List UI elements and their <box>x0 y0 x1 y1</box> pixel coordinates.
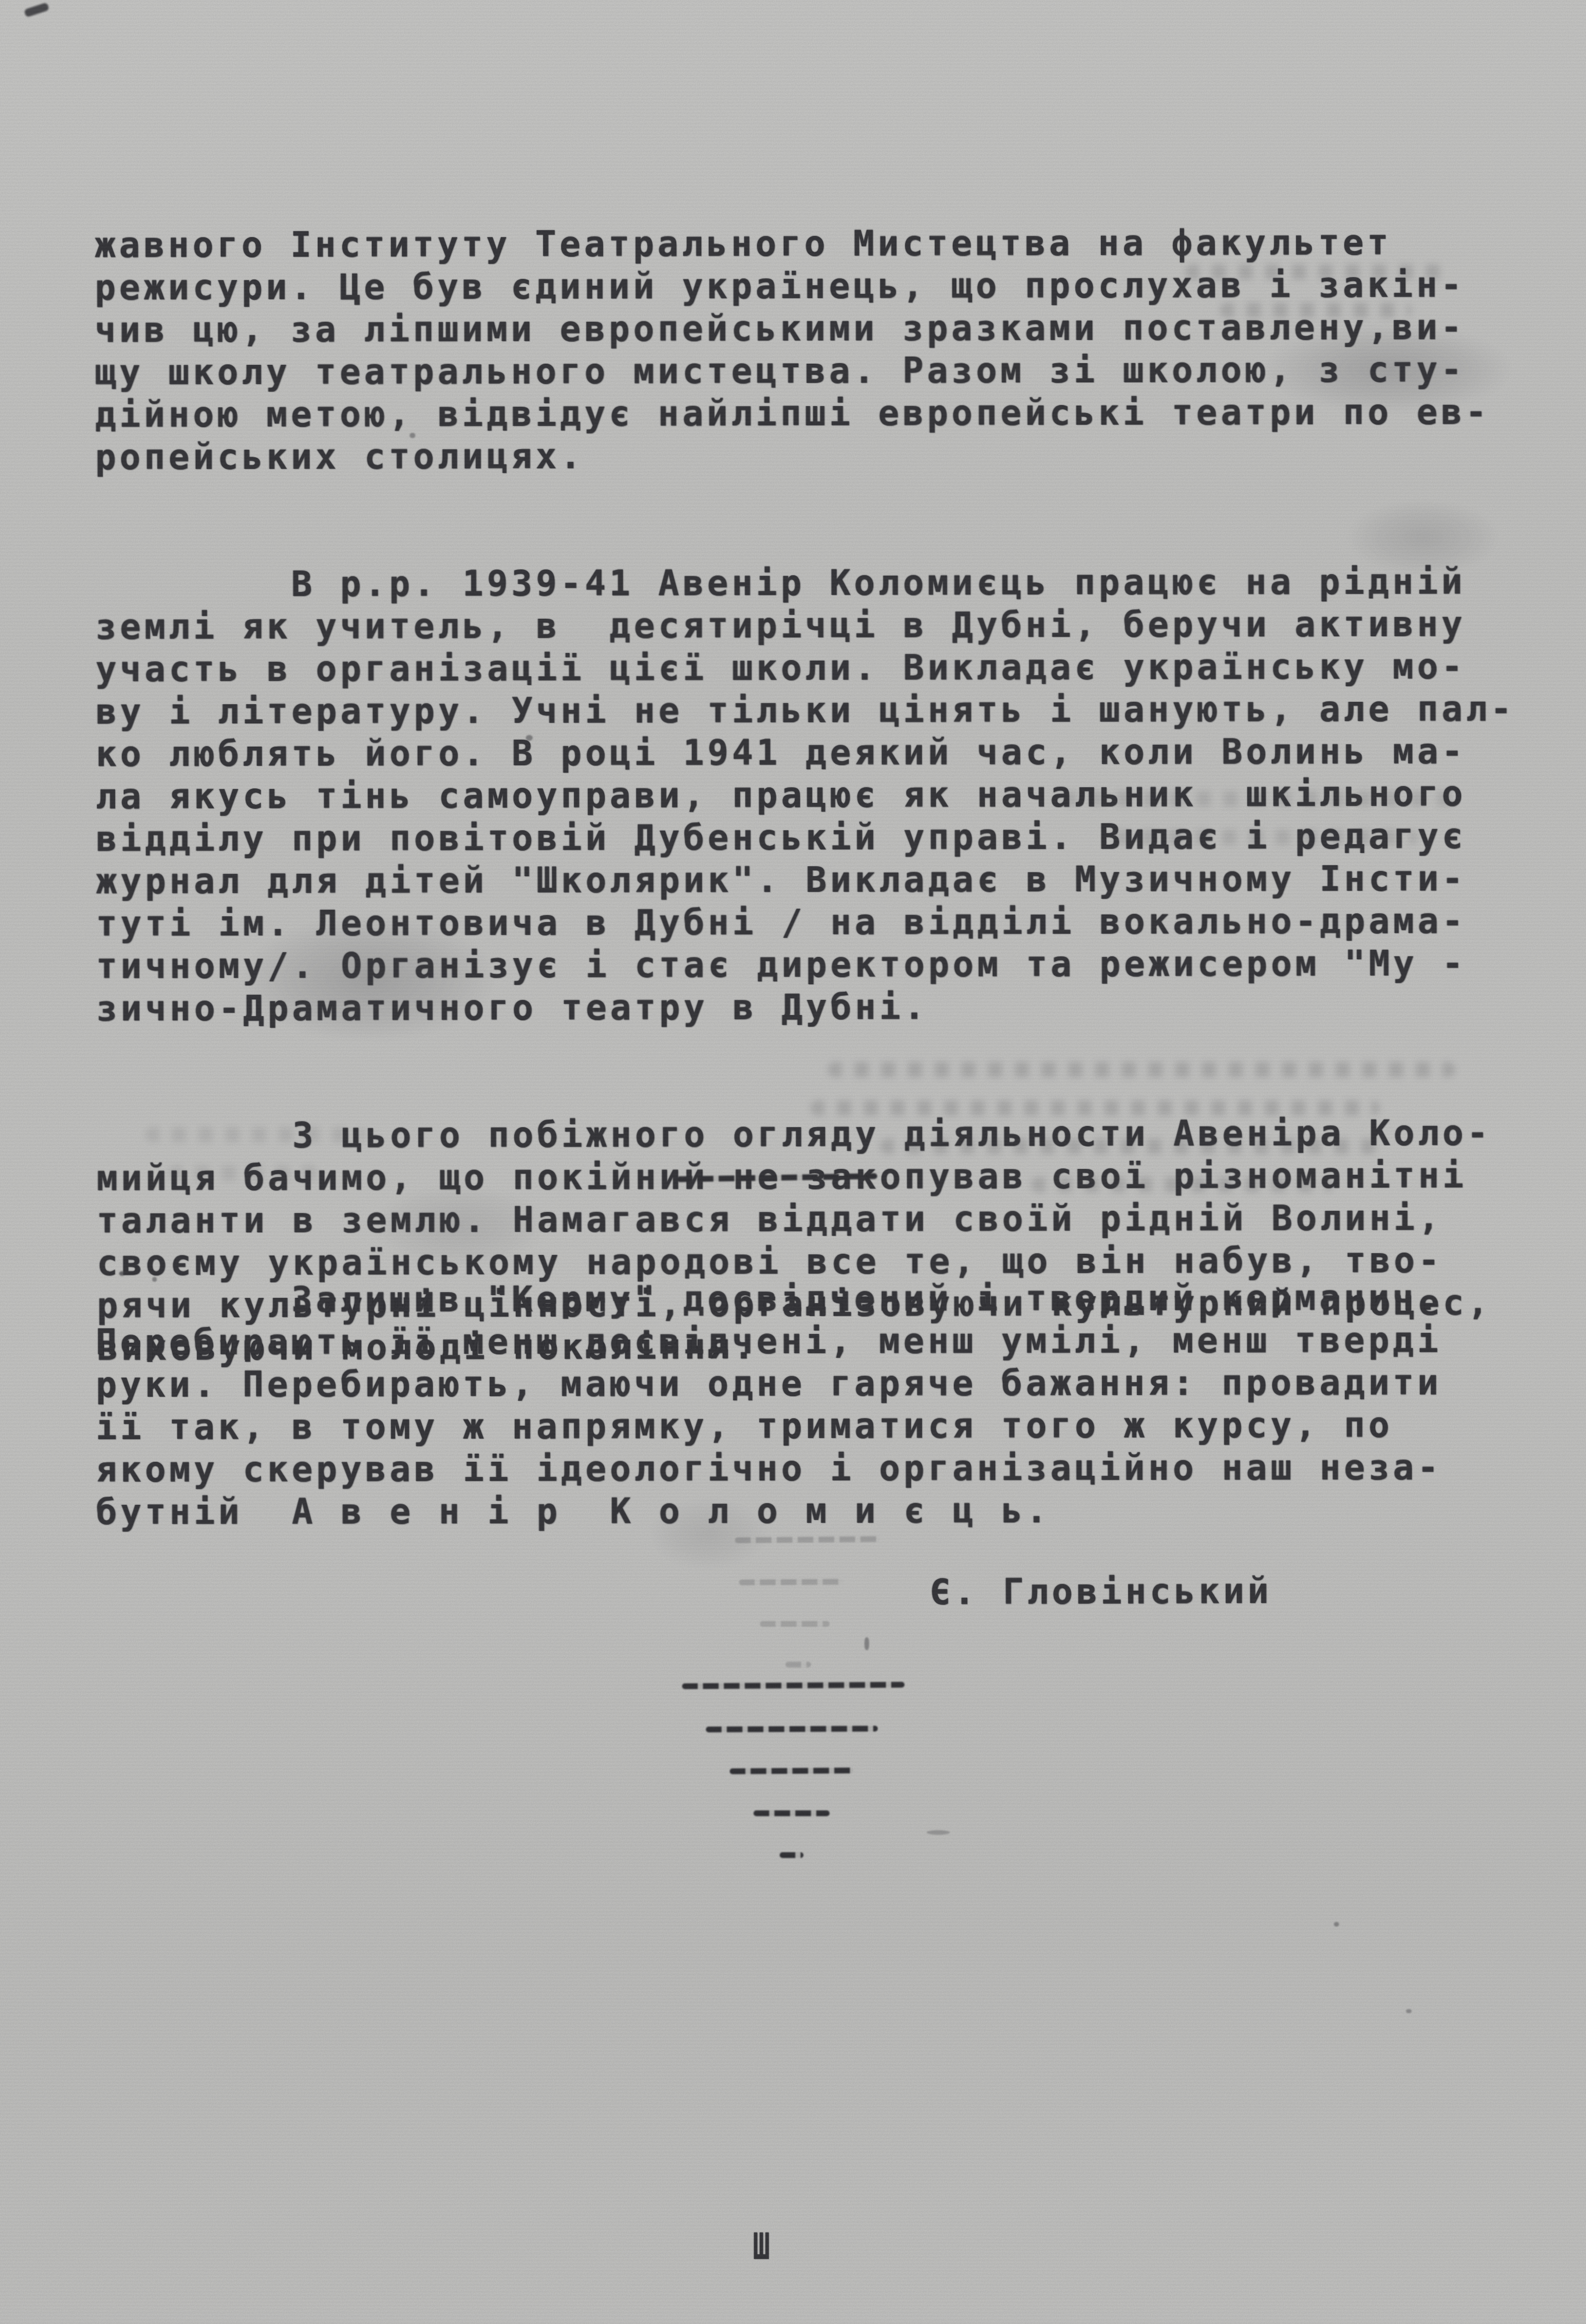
dash-pyramid-row-3 <box>730 1767 853 1774</box>
dash-pyramid-row-2 <box>706 1726 878 1733</box>
dash-pyramid-row-1 <box>682 1682 905 1690</box>
page-number: Ш <box>753 2225 771 2268</box>
paragraph-closing: Залишив "Керму" досвідчений і твердий ке… <box>96 1277 1526 1534</box>
ink-smudge <box>372 1185 546 1267</box>
dash-pyramid-ghost-row <box>760 1621 830 1627</box>
dash-pyramid-ghost-row <box>785 1662 811 1667</box>
corner-mark <box>24 2 49 17</box>
ink-smudge <box>651 1499 767 1569</box>
dash-pyramid-ghost-row <box>739 1579 844 1585</box>
ghost-impression <box>810 1062 1467 1215</box>
signature: Є. Гловінський <box>930 1571 1272 1613</box>
ghost-impression <box>1063 791 1476 868</box>
ink-smudge <box>244 918 494 1040</box>
dash-pyramid-row-4 <box>753 1810 830 1816</box>
ink-smudge <box>1266 325 1510 413</box>
dash-pyramid-row-5 <box>780 1852 803 1858</box>
document-page: жавного Інституту Театрального Мистецтва… <box>0 0 1586 2324</box>
ink-smudge <box>1348 500 1499 575</box>
ghost-impression <box>145 1127 395 1204</box>
